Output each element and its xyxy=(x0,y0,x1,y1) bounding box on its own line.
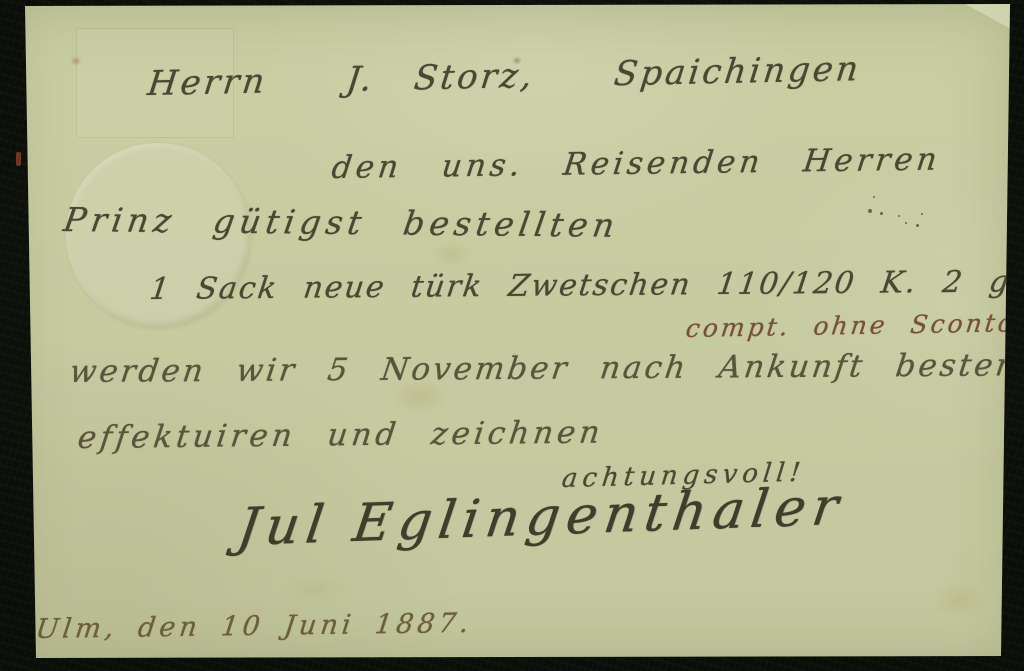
handwritten-dateline: Ulm, den 10 Juni 1887. xyxy=(34,608,474,645)
ink-speck xyxy=(898,215,900,217)
handwritten-signature: Jul Eglingenthaler xyxy=(234,477,849,559)
handwritten-line-traveler-note: den uns. Reisenden Herren xyxy=(330,141,943,186)
handwritten-line-fulfillment-2: effektuiren und zeichnen xyxy=(76,414,606,456)
ink-speck xyxy=(905,222,907,224)
paper-stain xyxy=(280,575,350,605)
ink-speck xyxy=(921,213,923,215)
red-ink-edge-mark xyxy=(16,152,21,166)
handwritten-line-order-intro: Prinz gütigst bestellten xyxy=(61,200,622,245)
paper-stain xyxy=(430,240,474,268)
handwritten-line-fulfillment-1: werden wir 5 November nach Ankunft beste… xyxy=(68,347,1024,390)
ink-speck xyxy=(868,209,872,213)
handwritten-line-addressee: Herrn J. Storz, Spaichingen xyxy=(146,49,864,104)
postcard: Herrn J. Storz, Spaichingen den uns. Rei… xyxy=(0,0,1024,671)
photo-background: Herrn J. Storz, Spaichingen den uns. Rei… xyxy=(0,0,1024,671)
paper-stain xyxy=(930,580,990,620)
ink-speck xyxy=(880,212,883,215)
ink-speck xyxy=(873,196,875,198)
handwritten-line-order-item: 1 Sack neue türk Zwetschen 110/120 K. 2 … xyxy=(148,264,1024,307)
corner-fold xyxy=(965,4,1013,30)
handwritten-line-payment-terms: compt. ohne Sconto xyxy=(684,308,1018,343)
ink-speck xyxy=(916,224,919,227)
